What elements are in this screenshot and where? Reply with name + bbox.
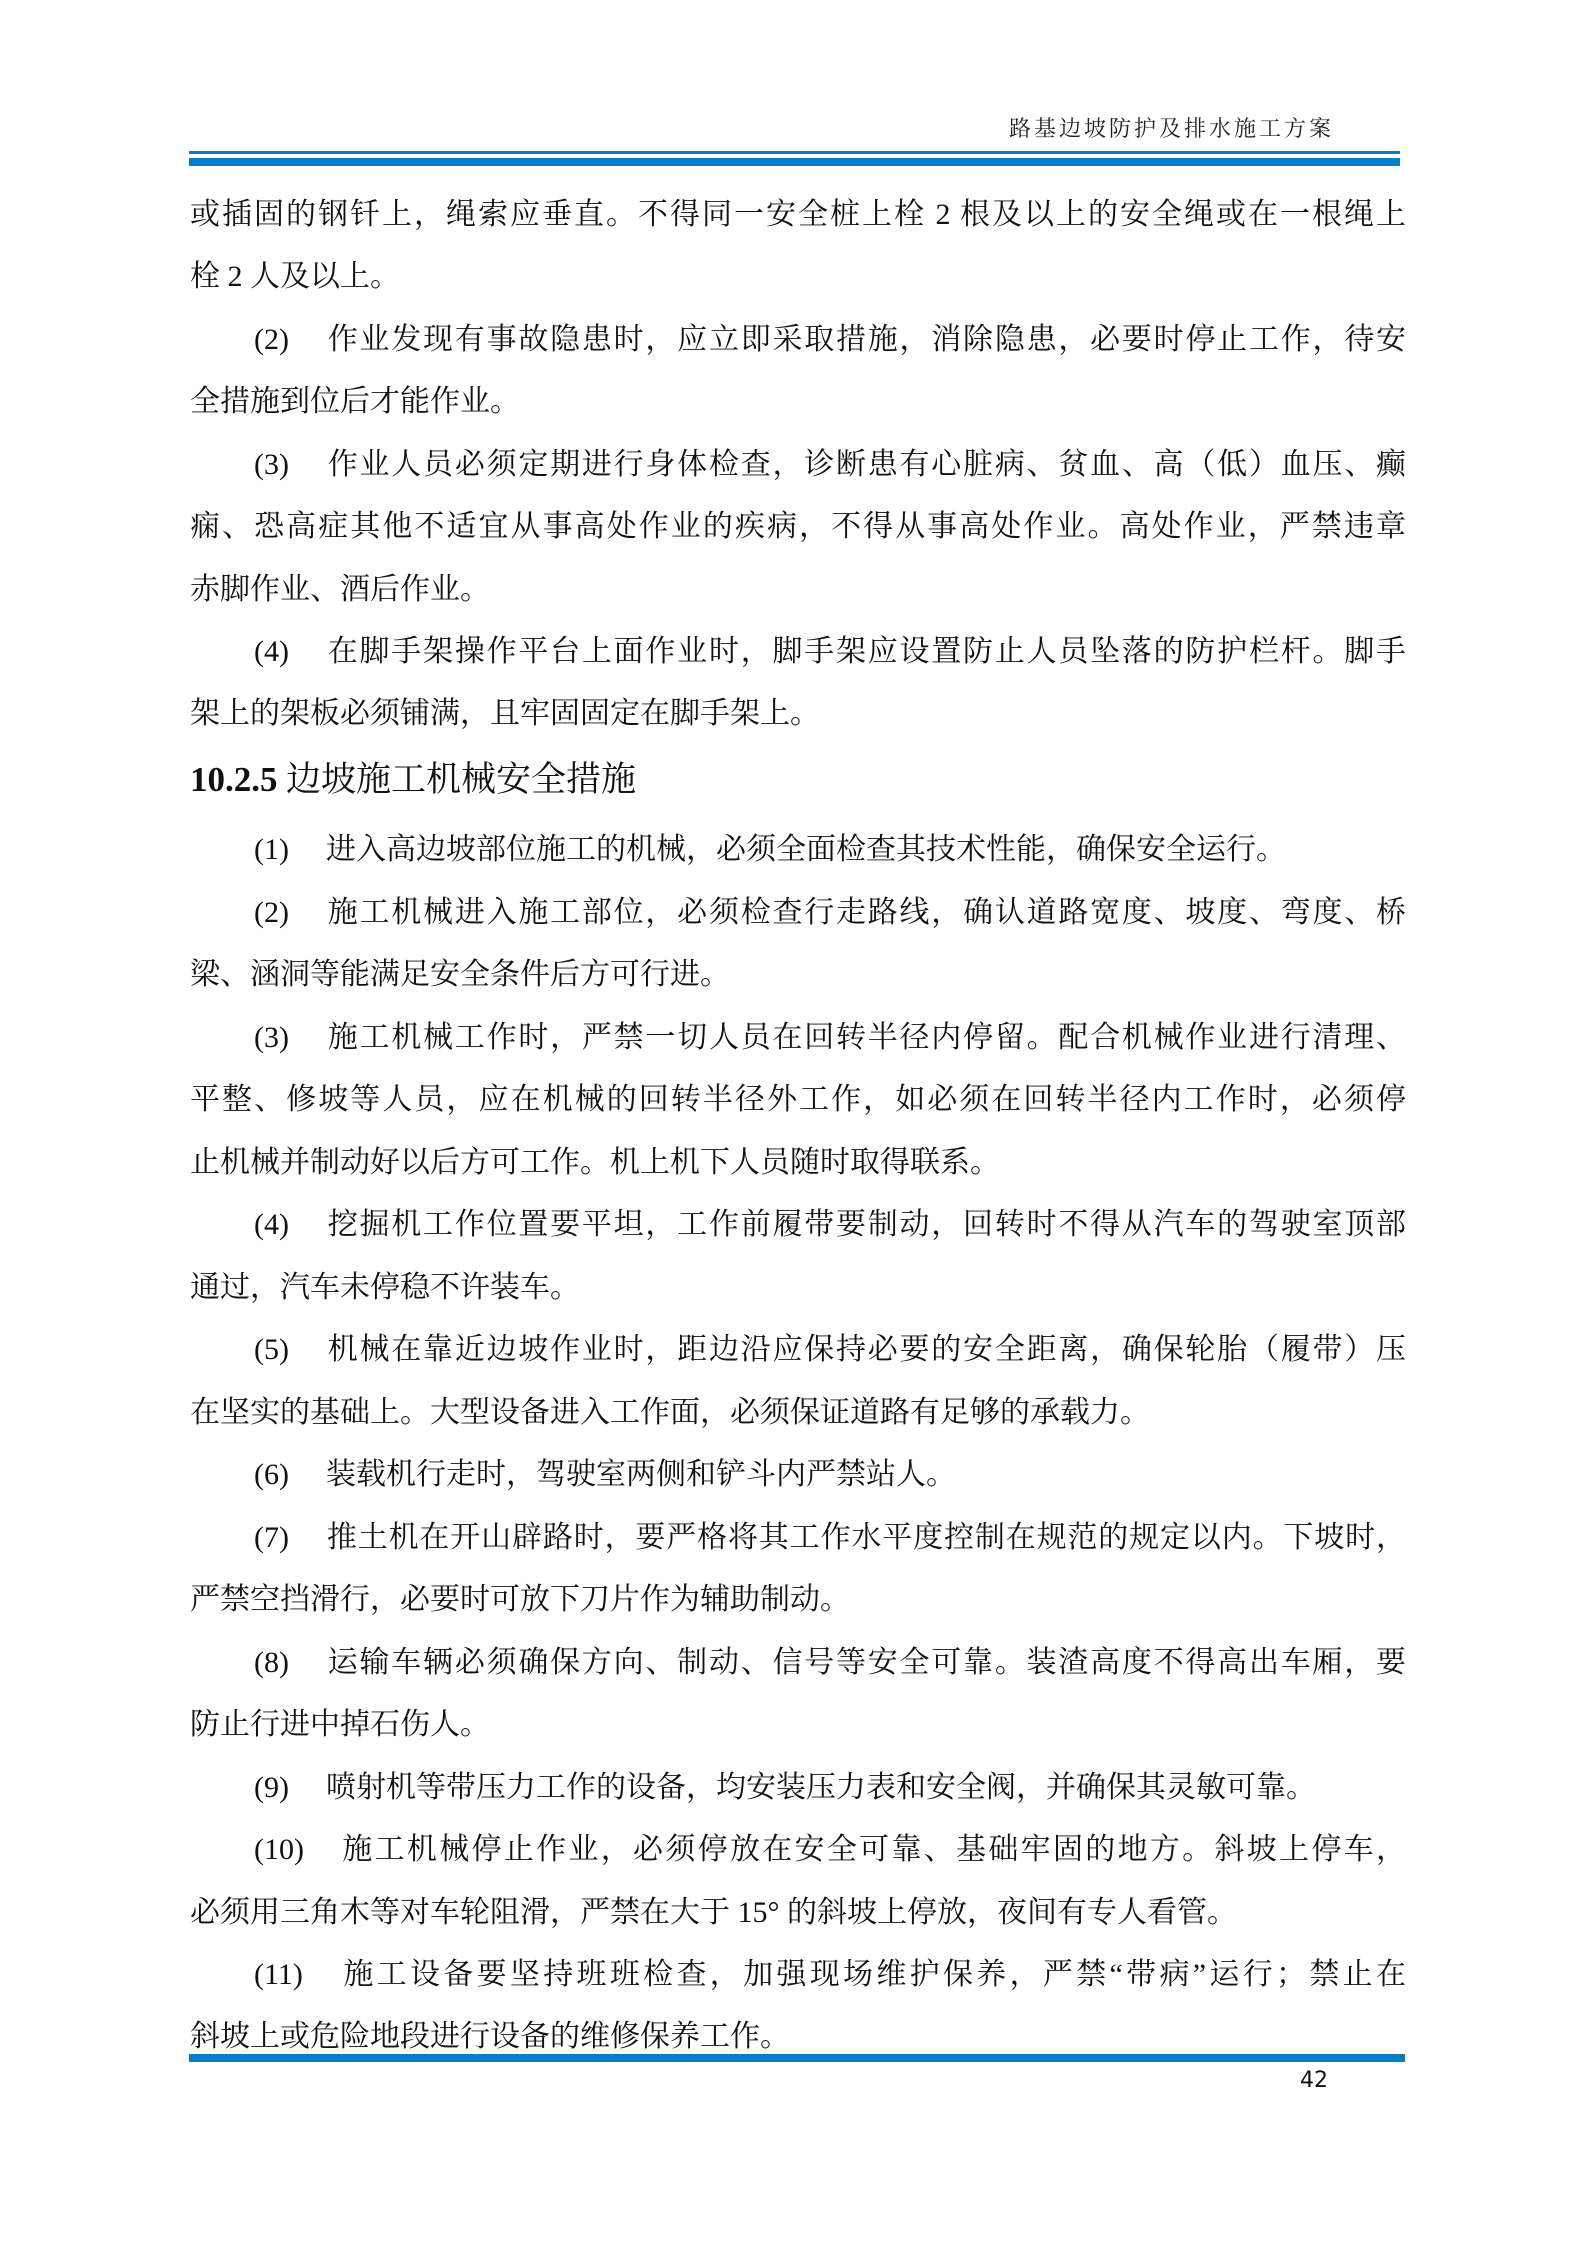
list-item-first-line: (4)挖掘机工作位置要平坦，工作前履带要制动，回转时不得从汽车的驾驶室顶部 xyxy=(254,1205,1406,1245)
body-line: 止机械并制动好以后方可工作。机上机下人员随时取得联系。 xyxy=(190,1143,1406,1183)
body-line: 赤脚作业、酒后作业。 xyxy=(190,570,1406,610)
body-line: 平整、修坡等人员，应在机械的回转半径外工作，如必须在回转半径内工作时，必须停 xyxy=(190,1080,1406,1120)
body-line: 通过，汽车未停稳不许装车。 xyxy=(190,1268,1406,1308)
body-line: 梁、涵洞等能满足安全条件后方可行进。 xyxy=(190,955,1406,995)
item-number: (3) xyxy=(254,1018,326,1058)
list-item-first-line: (6)装载机行走时，驾驶室两侧和铲斗内严禁站人。 xyxy=(254,1455,1406,1495)
body-line: 全措施到位后才能作业。 xyxy=(190,382,1406,422)
body-line: 在坚实的基础上。大型设备进入工作面，必须保证道路有足够的承载力。 xyxy=(190,1393,1406,1433)
item-number: (5) xyxy=(254,1330,326,1370)
list-item-first-line: (8)运输车辆必须确保方向、制动、信号等安全可靠。装渣高度不得高出车厢，要 xyxy=(254,1643,1406,1683)
item-number: (6) xyxy=(254,1455,326,1495)
body-line: 严禁空挡滑行，必要时可放下刀片作为辅助制动。 xyxy=(190,1580,1406,1620)
footer-rule xyxy=(189,2054,1405,2062)
item-number: (1) xyxy=(254,830,326,870)
list-item-first-line: (11)施工设备要坚持班班检查，加强现场维护保养，严禁“带病”运行；禁止在 xyxy=(254,1955,1406,1995)
list-item-first-line: (2)施工机械进入施工部位，必须检查行走路线，确认道路宽度、坡度、弯度、桥 xyxy=(254,893,1406,933)
body-line: 斜坡上或危险地段进行设备的维修保养工作。 xyxy=(190,2017,1406,2057)
item-number: (7) xyxy=(254,1518,326,1558)
header-rule-thick xyxy=(189,158,1400,166)
list-item-first-line: (1)进入高边坡部位施工的机械，必须全面检查其技术性能，确保安全运行。 xyxy=(254,830,1406,870)
list-item-first-line: (3)施工机械工作时，严禁一切人员在回转半径内停留。配合机械作业进行清理、 xyxy=(254,1018,1406,1058)
item-number: (10) xyxy=(254,1830,340,1870)
page-number: 42 xyxy=(1300,2068,1328,2093)
section-title: 边坡施工机械安全措施 xyxy=(286,760,636,799)
body-line: 架上的架板必须铺满，且牢固固定在脚手架上。 xyxy=(190,694,1406,734)
body-line: 栓 2 人及以上。 xyxy=(190,257,1406,297)
list-item-first-line: (10)施工机械停止作业，必须停放在安全可靠、基础牢固的地方。斜坡上停车， xyxy=(254,1830,1406,1870)
list-item-first-line: (3)作业人员必须定期进行身体检查，诊断患有心脏病、贫血、高（低）血压、癫 xyxy=(254,445,1406,485)
item-number: (4) xyxy=(254,632,326,672)
body-line: 痫、恐高症其他不适宜从事高处作业的疾病，不得从事高处作业。高处作业，严禁违章 xyxy=(190,507,1406,547)
item-number: (3) xyxy=(254,445,326,485)
body-line: 必须用三角木等对车轮阻滑，严禁在大于 15° 的斜坡上停放，夜间有专人看管。 xyxy=(190,1893,1406,1933)
list-item-first-line: (5)机械在靠近边坡作业时，距边沿应保持必要的安全距离，确保轮胎（履带）压 xyxy=(254,1330,1406,1370)
list-item-first-line: (4)在脚手架操作平台上面作业时，脚手架应设置防止人员坠落的防护栏杆。脚手 xyxy=(254,632,1406,672)
item-number: (8) xyxy=(254,1643,326,1683)
body-line: 或插固的钢钎上，绳索应垂直。不得同一安全桩上栓 2 根及以上的安全绳或在一根绳上 xyxy=(190,195,1406,235)
item-number: (2) xyxy=(254,893,326,933)
running-header-title: 路基边坡防护及排水施工方案 xyxy=(1009,112,1334,143)
item-number: (11) xyxy=(254,1955,340,1995)
list-item-first-line: (7)推土机在开山辟路时，要严格将其工作水平度控制在规范的规定以内。下坡时， xyxy=(254,1518,1406,1558)
item-number: (2) xyxy=(254,320,326,360)
section-number: 10.2.5 xyxy=(190,758,286,802)
header-rule-thin xyxy=(189,151,1400,154)
section-heading: 10.2.5边坡施工机械安全措施 xyxy=(190,758,636,802)
body-line: 防止行进中掉石伤人。 xyxy=(190,1705,1406,1745)
item-number: (9) xyxy=(254,1768,326,1808)
list-item-first-line: (2)作业发现有事故隐患时，应立即采取措施，消除隐患，必要时停止工作，待安 xyxy=(254,320,1406,360)
list-item-first-line: (9)喷射机等带压力工作的设备，均安装压力表和安全阀，并确保其灵敏可靠。 xyxy=(254,1768,1406,1808)
item-number: (4) xyxy=(254,1205,326,1245)
